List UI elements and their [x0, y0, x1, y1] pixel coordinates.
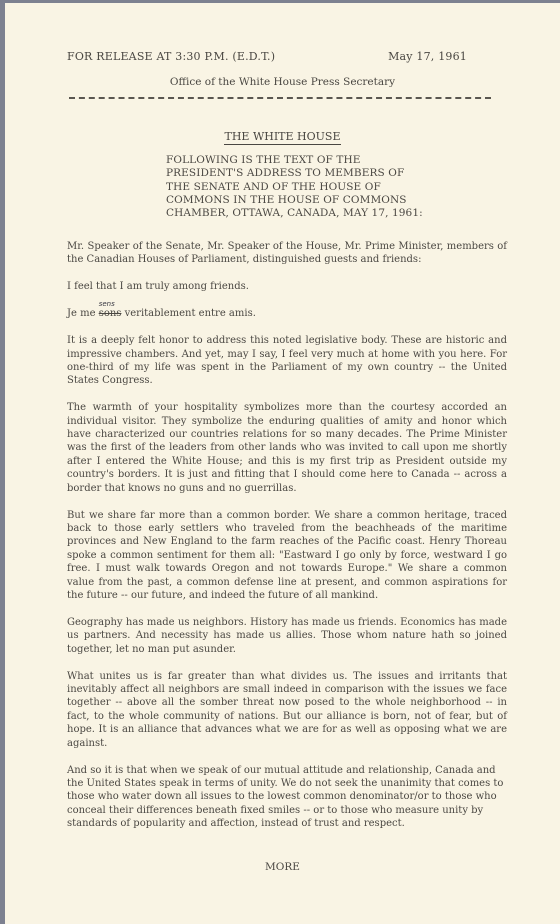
dashed-divider: [69, 97, 491, 99]
paragraph-unites: What unites us is far greater than what …: [67, 670, 507, 750]
document-title: THE WHITE HOUSE: [5, 130, 560, 143]
document-page: FOR RELEASE AT 3:30 P.M. (E.D.T.) May 17…: [5, 3, 560, 924]
paragraph-warmth: The warmth of your hospitality symbolize…: [67, 401, 507, 495]
more-footer: MORE: [5, 861, 560, 873]
paragraph-french: Je me senssons veritablement entre amis.: [67, 307, 507, 320]
paragraph-heritage: But we share far more than a common bord…: [67, 509, 507, 603]
handwritten-correction: senssons: [99, 307, 122, 320]
release-time: FOR RELEASE AT 3:30 P.M. (E.D.T.): [67, 50, 275, 63]
speech-body: Mr. Speaker of the Senate, Mr. Speaker o…: [67, 240, 507, 844]
release-date: May 17, 1961: [388, 50, 467, 63]
intro-block: FOLLOWING IS THE TEXT OF THE PRESIDENT'S…: [166, 154, 426, 220]
paragraph-friends: I feel that I am truly among friends.: [67, 280, 507, 293]
correction-note: sens: [99, 298, 115, 311]
release-header: FOR RELEASE AT 3:30 P.M. (E.D.T.) May 17…: [67, 50, 467, 63]
title-text: THE WHITE HOUSE: [224, 130, 340, 145]
paragraph-honor: It is a deeply felt honor to address thi…: [67, 334, 507, 388]
paragraph-geography: Geography has made us neighbors. History…: [67, 616, 507, 656]
office-line: Office of the White House Press Secretar…: [5, 76, 560, 88]
paragraph-salutation: Mr. Speaker of the Senate, Mr. Speaker o…: [67, 240, 507, 267]
paragraph-unity: And so it is that when we speak of our m…: [67, 764, 507, 831]
